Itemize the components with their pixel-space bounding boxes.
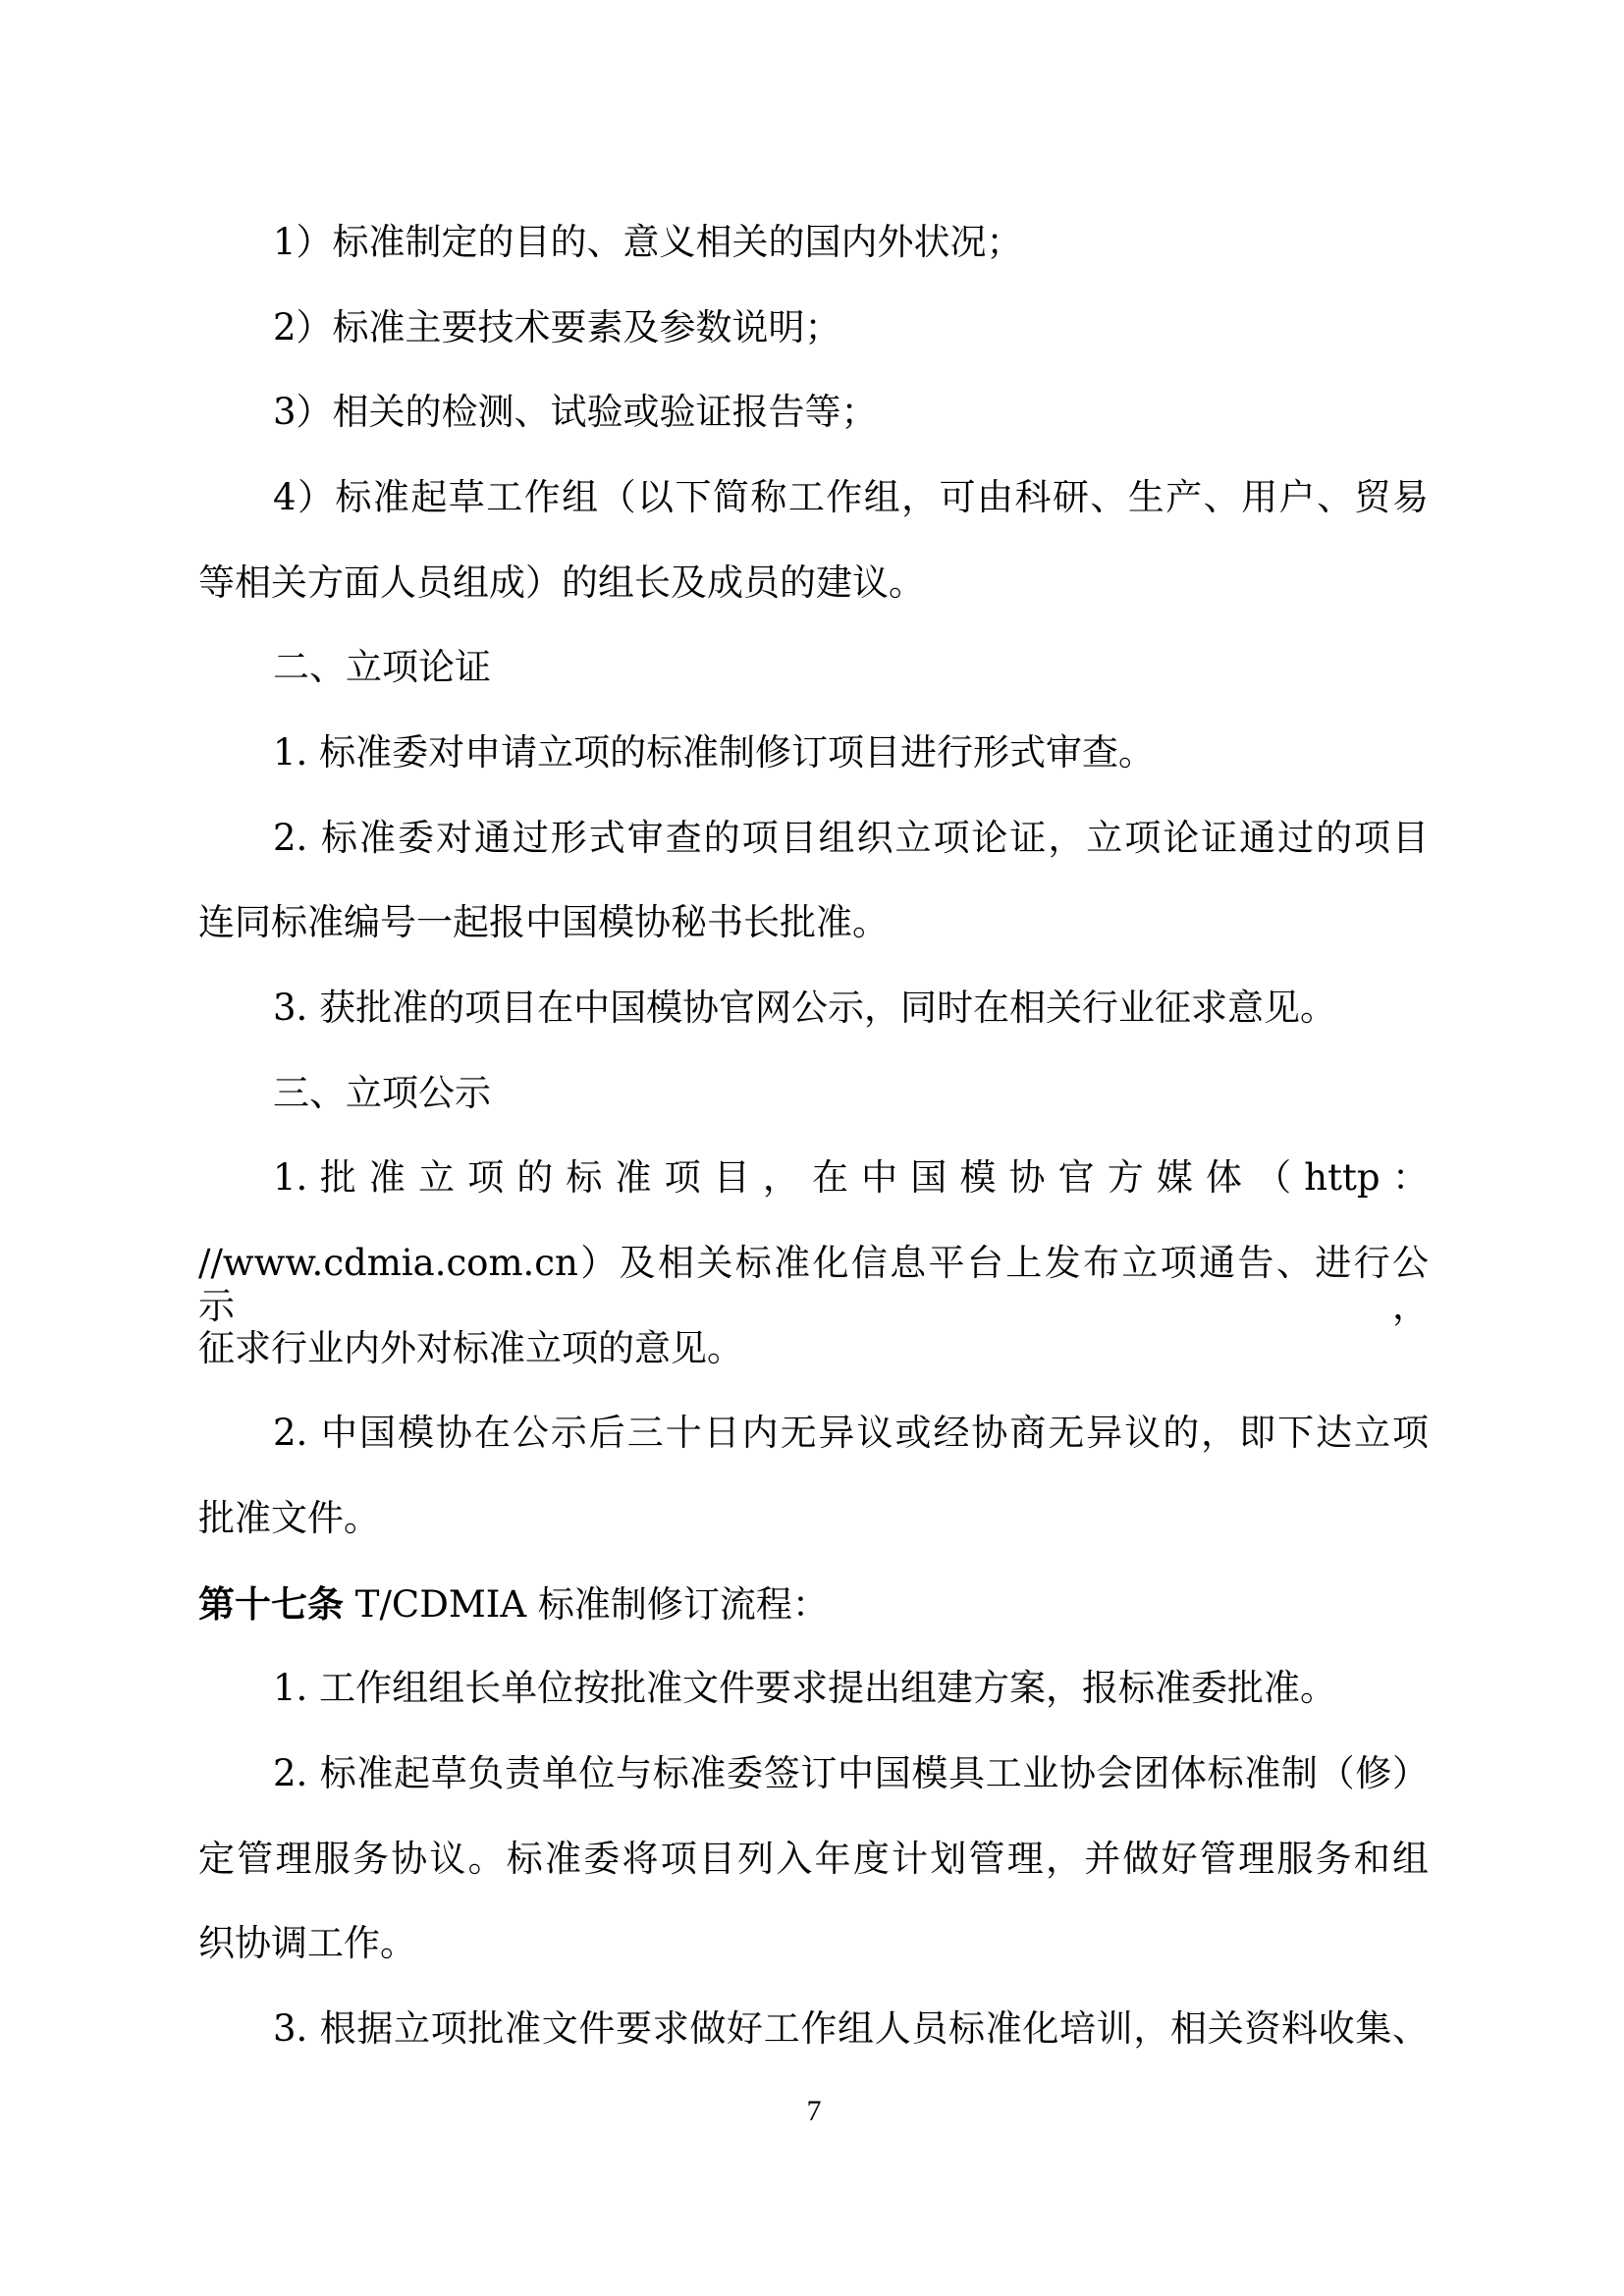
paragraph-review-approval-line-2: 连同标准编号一起报中国模协秘书长批准。: [198, 901, 1429, 944]
paragraph-agreement-line-2: 定管理服务协议。标准委将项目列入年度计划管理，并做好管理服务和组: [198, 1838, 1429, 1881]
document-page: 1）标准制定的目的、意义相关的国内外状况； 2）标准主要技术要素及参数说明； 3…: [0, 0, 1624, 2296]
article-number: 第十七条: [198, 1582, 344, 1626]
paragraph-group-formation: 1. 工作组组长单位按批准文件要求提出组建方案，报标准委批准。: [273, 1667, 1429, 1710]
page-number: 7: [802, 2095, 826, 2128]
section-heading-project-announcement: 三、立项公示: [273, 1072, 1429, 1115]
section-heading-project-review: 二、立项论证: [273, 646, 1429, 689]
list-item-purpose: 1）标准制定的目的、意义相关的国内外状况；: [273, 221, 1429, 264]
paragraph-agreement-line-3: 织协调工作。: [198, 1922, 1429, 1965]
paragraph-review-approval-line-1: 2. 标准委对通过形式审查的项目组织立项论证，立项论证通过的项目: [273, 817, 1429, 860]
paragraph-announcement-line-2: //www.cdmia.com.cn）及相关标准化信息平台上发布立项通告、进行公…: [198, 1242, 1429, 1285]
article-title: T/CDMIA 标准制修订流程：: [344, 1583, 829, 1626]
article-17-heading: 第十七条 T/CDMIA 标准制修订流程：: [198, 1582, 1429, 1626]
list-item-working-group-line-2: 等相关方面人员组成）的组长及成员的建议。: [198, 561, 1429, 605]
paragraph-publish-website: 3. 获批准的项目在中国模协官网公示，同时在相关行业征求意见。: [273, 987, 1429, 1030]
paragraph-no-objection-line-1: 2. 中国模协在公示后三十日内无异议或经协商无异议的，即下达立项: [273, 1412, 1429, 1455]
list-item-working-group-line-1: 4）标准起草工作组（以下简称工作组，可由科研、生产、用户、贸易: [273, 476, 1429, 519]
paragraph-formal-review: 1. 标准委对申请立项的标准制修订项目进行形式审查。: [273, 731, 1429, 774]
paragraph-announcement-line-3: 征求行业内外对标准立项的意见。: [198, 1327, 1429, 1370]
paragraph-training: 3. 根据立项批准文件要求做好工作组人员标准化培训，相关资料收集、: [273, 2007, 1429, 2051]
paragraph-agreement-line-1: 2. 标准起草负责单位与标准委签订中国模具工业协会团体标准制（修）: [273, 1752, 1429, 1795]
paragraph-announcement-line-1: 1. 批 准 立 项 的 标 准 项 目 ， 在 中 国 模 协 官 方 媒 体…: [273, 1156, 1429, 1200]
list-item-test-reports: 3）相关的检测、试验或验证报告等；: [273, 391, 1429, 434]
list-item-technical-elements: 2）标准主要技术要素及参数说明；: [273, 306, 1429, 349]
paragraph-no-objection-line-2: 批准文件。: [198, 1497, 1429, 1540]
